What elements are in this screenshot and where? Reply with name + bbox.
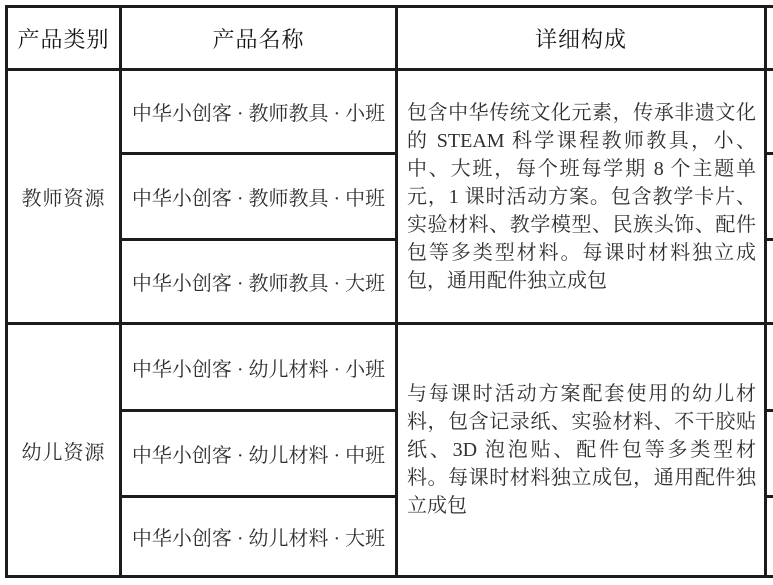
detail-cell-teacher: 包含中华传统文化元素，传承非遗文化的 STEAM 科学课程教师教具，小、中、大班… [398, 71, 764, 322]
product-name-label: 中华小创客 · 教师教具 · 中班 [132, 182, 385, 211]
detail-cell-children: 与每课时活动方案配套使用的幼儿材料，包含记录纸、实验材料、不干胶贴纸、3D 泡泡… [398, 325, 764, 575]
product-name-cell: 中华小创客 · 教师教具 · 大班 [122, 241, 395, 322]
header-label: 产品名称 [212, 23, 304, 54]
category-cell-children: 幼儿资源 [8, 325, 119, 575]
product-name-label: 中华小创客 · 幼儿材料 · 大班 [132, 522, 385, 551]
product-name-cell: 中华小创客 · 幼儿材料 · 小班 [122, 325, 395, 409]
header-product-category: 产品类别 [8, 8, 119, 68]
product-name-label: 中华小创客 · 教师教具 · 小班 [132, 97, 385, 126]
detail-text: 包含中华传统文化元素，传承非遗文化的 STEAM 科学课程教师教具，小、中、大班… [407, 99, 756, 295]
category-label: 幼儿资源 [22, 436, 106, 465]
product-name-cell: 中华小创客 · 教师教具 · 小班 [122, 71, 395, 152]
category-label: 教师资源 [22, 182, 106, 211]
header-product-name: 产品名称 [122, 8, 395, 68]
product-name-label: 中华小创客 · 幼儿材料 · 小班 [132, 353, 385, 382]
detail-text: 与每课时活动方案配套使用的幼儿材料，包含记录纸、实验材料、不干胶贴纸、3D 泡泡… [407, 380, 756, 520]
product-name-label: 中华小创客 · 教师教具 · 大班 [132, 267, 385, 296]
product-name-label: 中华小创客 · 幼儿材料 · 中班 [132, 439, 385, 468]
product-name-cell: 中华小创客 · 教师教具 · 中班 [122, 155, 395, 238]
product-name-cell: 中华小创客 · 幼儿材料 · 大班 [122, 498, 395, 575]
table-border-right [764, 5, 767, 578]
header-detail-composition: 详细构成 [398, 8, 764, 68]
header-label: 产品类别 [17, 23, 109, 54]
category-cell-teacher: 教师资源 [8, 71, 119, 322]
product-table: 产品类别 产品名称 详细构成 教师资源 中华小创客 · 教师教具 · 小班 中华… [0, 0, 773, 585]
product-name-cell: 中华小创客 · 幼儿材料 · 中班 [122, 412, 395, 495]
header-label: 详细构成 [535, 23, 627, 54]
